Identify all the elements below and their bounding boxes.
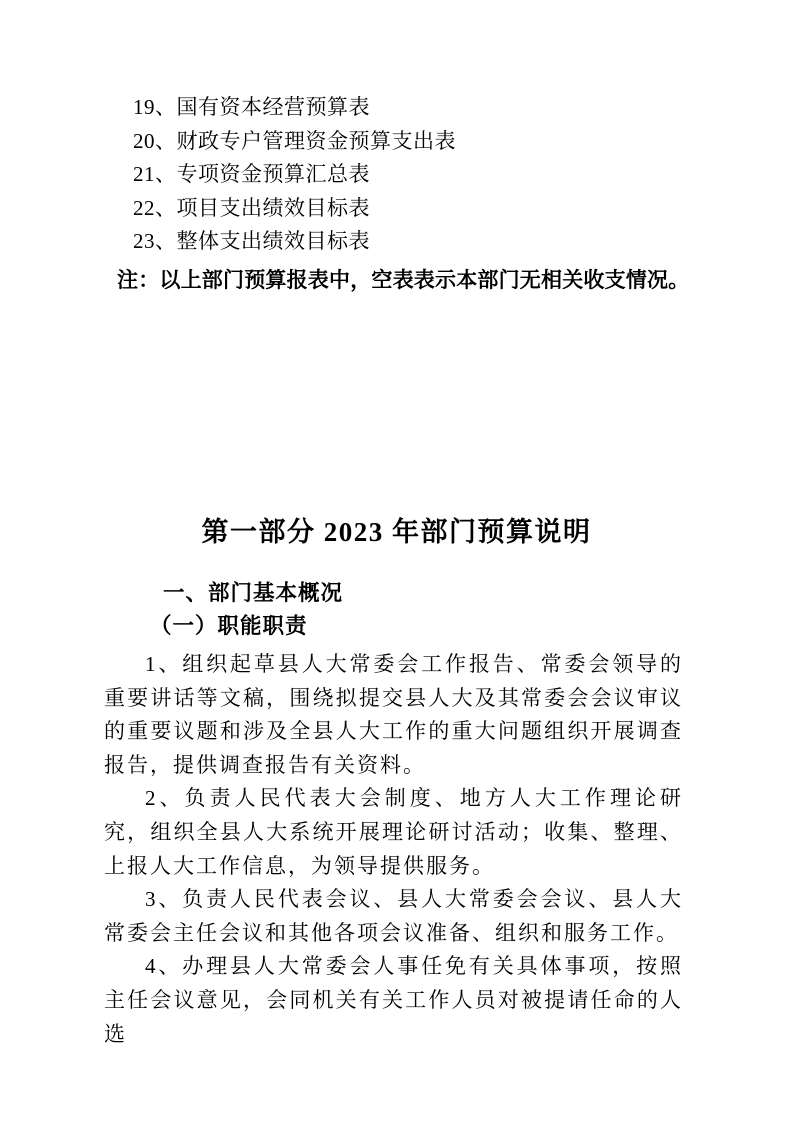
appendix-note: 注：以上部门预算报表中，空表表示本部门无相关收支情况。 [117,263,693,297]
section-heading: 一、部门基本概况 [163,577,343,611]
paragraph: 3、负责人民代表会议、县人大常委会会议、县人大常委会主任会议和其他各项会议准备、… [104,883,683,950]
body-text: 1、组织起草县人大常委会工作报告、常委会领导的重要讲话等文稿，围绕拟提交县人大及… [104,648,683,1051]
paragraph: 4、办理县人大常委会人事任免有关具体事项，按照主任会议意见，会同机关有关工作人员… [104,950,683,1051]
list-item: 20、财政专户管理资金预算支出表 [133,125,683,159]
document-page: 19、国有资本经营预算表 20、财政专户管理资金预算支出表 21、专项资金预算汇… [0,0,793,1122]
list-item: 21、专项资金预算汇总表 [133,158,683,192]
appendix-table-list: 19、国有资本经营预算表 20、财政专户管理资金预算支出表 21、专项资金预算汇… [133,91,683,259]
list-item: 19、国有资本经营预算表 [133,91,683,125]
list-item: 23、整体支出绩效目标表 [133,225,683,259]
part-title: 第一部分 2023 年部门预算说明 [0,512,793,552]
subsection-heading: （一）职能职责 [150,610,308,644]
paragraph: 1、组织起草县人大常委会工作报告、常委会领导的重要讲话等文稿，围绕拟提交县人大及… [104,648,683,782]
paragraph: 2、负责人民代表大会制度、地方人大工作理论研究，组织全县人大系统开展理论研讨活动… [104,782,683,883]
list-item: 22、项目支出绩效目标表 [133,192,683,226]
